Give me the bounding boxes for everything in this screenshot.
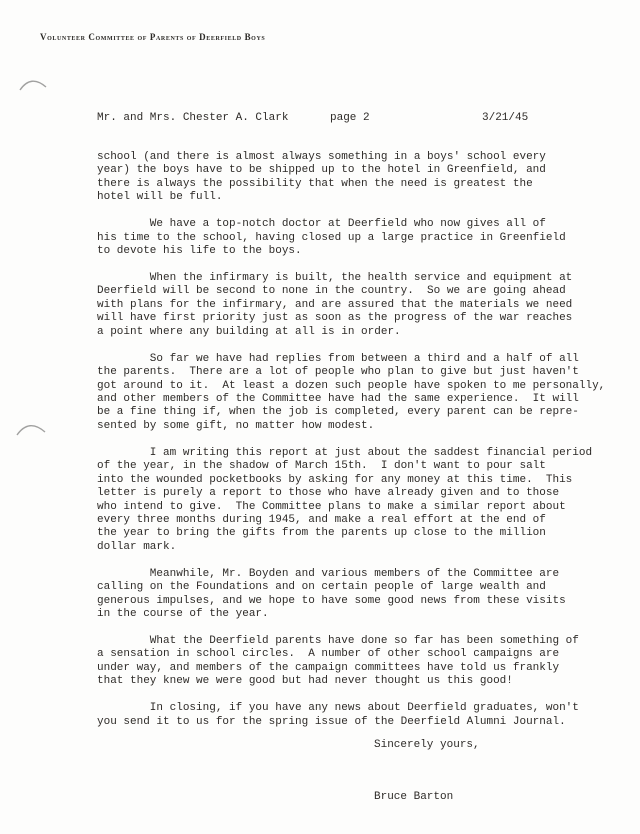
valediction: Sincerely yours,: [374, 739, 480, 751]
letterhead-title: Volunteer Committee of Parents of Deerfi…: [40, 32, 265, 42]
recipient-name: Mr. and Mrs. Chester A. Clark: [97, 112, 288, 124]
letter-date: 3/21/45: [482, 112, 528, 124]
pencil-arc-mark-middle: [16, 421, 46, 438]
letter-body: school (and there is almost always somet…: [97, 151, 605, 742]
pencil-arc-mark-top: [19, 77, 47, 93]
letter-page: Volunteer Committee of Parents of Deerfi…: [0, 0, 640, 834]
page-number-label: page 2: [330, 112, 370, 124]
paragraph-closing: In closing, if you have any news about D…: [97, 702, 605, 729]
paragraph-sensation: What the Deerfield parents have done so …: [97, 635, 605, 689]
paragraph-doctor: We have a top-notch doctor at Deerfield …: [97, 218, 605, 258]
paragraph-continuation: school (and there is almost always somet…: [97, 151, 605, 205]
paragraph-infirmary: When the infirmary is built, the health …: [97, 272, 605, 339]
paragraph-replies: So far we have had replies from between …: [97, 353, 605, 434]
signature-name: Bruce Barton: [374, 791, 453, 803]
paragraph-financial: I am writing this report at just about t…: [97, 447, 605, 555]
paragraph-foundations: Meanwhile, Mr. Boyden and various member…: [97, 568, 605, 622]
